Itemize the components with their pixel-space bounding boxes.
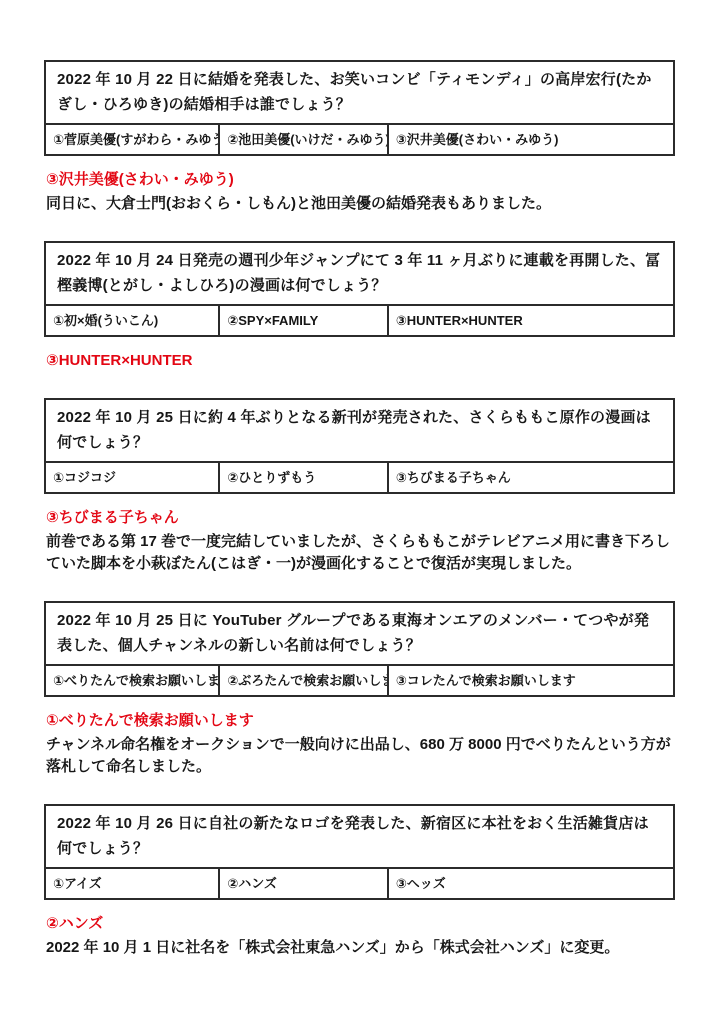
answer-text: ②ハンズ xyxy=(46,913,675,935)
option-2: ②SPY×FAMILY xyxy=(219,305,388,336)
option-3: ③沢井美優(さわい・みゆう) xyxy=(388,124,674,155)
question-text: 2022 年 10 月 26 日に自社の新たなロゴを発表した、新宿区に本社をおく… xyxy=(45,805,674,868)
option-2: ②池田美優(いけだ・みゆう) xyxy=(219,124,388,155)
option-3: ③コレたんで検索お願いします xyxy=(388,665,674,696)
explanation-text: 同日に、大倉士門(おおくら・しもん)と池田美優の結婚発表もありました。 xyxy=(46,193,675,215)
option-1: ①コジコジ xyxy=(45,462,219,493)
explanation-text: 2022 年 10 月 1 日に社名を「株式会社東急ハンズ」から「株式会社ハンズ… xyxy=(46,937,675,959)
answer-text: ③ちびまる子ちゃん xyxy=(46,507,675,529)
option-2: ②ハンズ xyxy=(219,868,388,899)
question-text: 2022 年 10 月 25 日に YouTuber グループである東海オンエア… xyxy=(45,602,674,665)
option-2: ②ぶろたんで検索お願いします xyxy=(219,665,388,696)
quiz-block-4: 2022 年 10 月 25 日に YouTuber グループである東海オンエア… xyxy=(44,601,675,778)
option-1: ①アイズ xyxy=(45,868,219,899)
answer-text: ③HUNTER×HUNTER xyxy=(46,350,675,372)
answer-text: ③沢井美優(さわい・みゆう) xyxy=(46,169,675,191)
explanation-text: チャンネル命名権をオークションで一般向けに出品し、680 万 8000 円でべり… xyxy=(46,734,675,778)
option-3: ③ちびまる子ちゃん xyxy=(388,462,674,493)
option-1: ①べりたんで検索お願いします xyxy=(45,665,219,696)
answer-text: ①べりたんで検索お願いします xyxy=(46,710,675,732)
quiz-block-5: 2022 年 10 月 26 日に自社の新たなロゴを発表した、新宿区に本社をおく… xyxy=(44,804,675,959)
quiz-table: 2022 年 10 月 25 日に YouTuber グループである東海オンエア… xyxy=(44,601,675,697)
quiz-block-3: 2022 年 10 月 25 日に約 4 年ぶりとなる新刊が発売された、さくらも… xyxy=(44,398,675,575)
question-text: 2022 年 10 月 25 日に約 4 年ぶりとなる新刊が発売された、さくらも… xyxy=(45,399,674,462)
option-2: ②ひとりずもう xyxy=(219,462,388,493)
option-1: ①菅原美優(すがわら・みゆう) xyxy=(45,124,219,155)
quiz-table: 2022 年 10 月 22 日に結婚を発表した、お笑いコンビ「ティモンディ」の… xyxy=(44,60,675,156)
option-3: ③ヘッズ xyxy=(388,868,674,899)
quiz-table: 2022 年 10 月 26 日に自社の新たなロゴを発表した、新宿区に本社をおく… xyxy=(44,804,675,900)
option-3: ③HUNTER×HUNTER xyxy=(388,305,674,336)
question-text: 2022 年 10 月 24 日発売の週刊少年ジャンプにて 3 年 11 ヶ月ぶ… xyxy=(45,242,674,305)
quiz-page: 2022 年 10 月 22 日に結婚を発表した、お笑いコンビ「ティモンディ」の… xyxy=(0,0,721,1024)
quiz-block-2: 2022 年 10 月 24 日発売の週刊少年ジャンプにて 3 年 11 ヶ月ぶ… xyxy=(44,241,675,372)
quiz-block-1: 2022 年 10 月 22 日に結婚を発表した、お笑いコンビ「ティモンディ」の… xyxy=(44,60,675,215)
quiz-table: 2022 年 10 月 24 日発売の週刊少年ジャンプにて 3 年 11 ヶ月ぶ… xyxy=(44,241,675,337)
explanation-text: 前巻である第 17 巻で一度完結していましたが、さくらももこがテレビアニメ用に書… xyxy=(46,531,675,575)
quiz-table: 2022 年 10 月 25 日に約 4 年ぶりとなる新刊が発売された、さくらも… xyxy=(44,398,675,494)
option-1: ①初×婚(ういこん) xyxy=(45,305,219,336)
question-text: 2022 年 10 月 22 日に結婚を発表した、お笑いコンビ「ティモンディ」の… xyxy=(45,61,674,124)
